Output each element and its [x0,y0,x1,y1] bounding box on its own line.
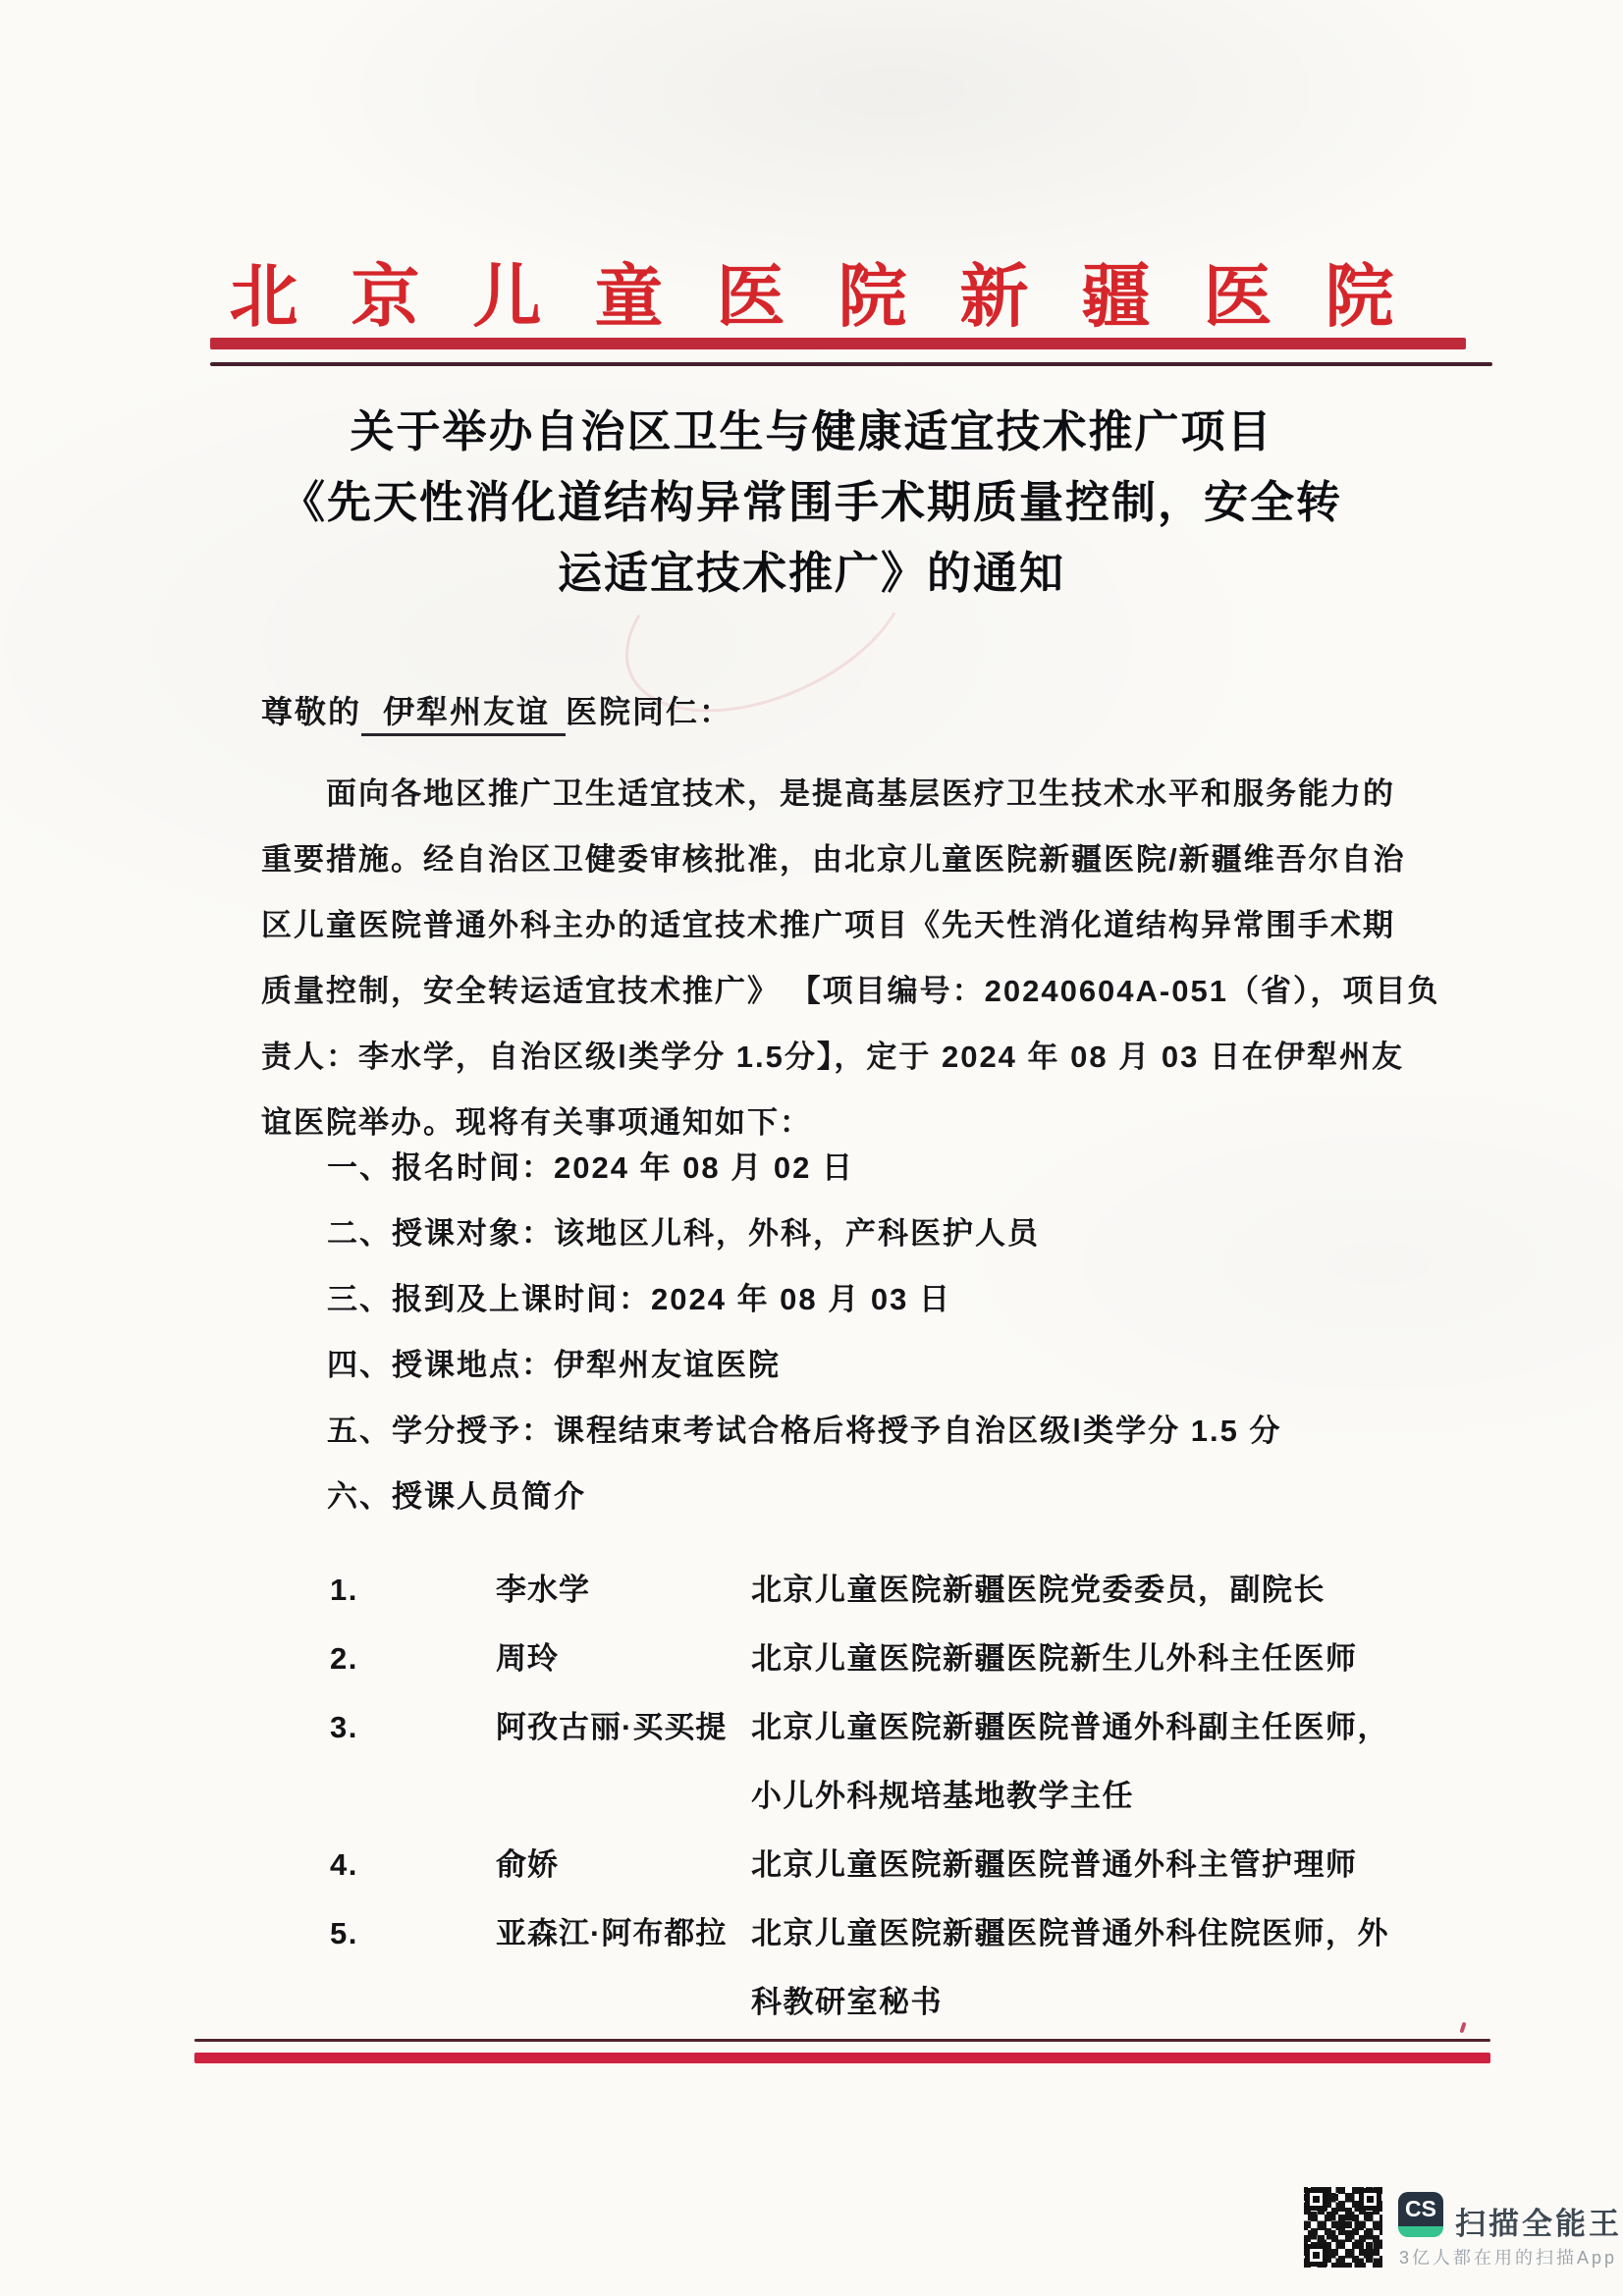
paragraph-line: 面向各地区推广卫生适宜技术，是提高基层医疗卫生技术水平和服务能力的 [261,761,1439,827]
personnel-row: 4. 俞娇 北京儿童医院新疆医院普通外科主管护理师 [330,1831,1430,1899]
notice-item-5: 五、学分授予：课程结束考试合格后将授予自治区级Ⅰ类学分 1.5 分 [327,1398,1486,1464]
personnel-number: 4. [330,1831,358,1899]
personnel-number: 2. [330,1625,358,1693]
notice-item-1: 一、报名时间：2024 年 08 月 02 日 [327,1135,1486,1201]
letterhead-rule-thick [210,338,1466,349]
notice-item-2: 二、授课对象：该地区儿科，外科，产科医护人员 [327,1201,1486,1266]
hospital-letterhead-title: 北京儿童医院新疆医院 [0,241,1623,341]
paragraph-line: 责人：李水学，自治区级Ⅰ类学分 1.5分】，定于 2024 年 08 月 03 … [261,1024,1439,1090]
personnel-description-line: 北京儿童医院新疆医院普通外科住院医师，外 [751,1899,1430,1968]
personnel-number: 1. [330,1556,358,1625]
personnel-row: 3. 阿孜古丽·买买提 北京儿童医院新疆医院普通外科副主任医师， 小儿外科规培基… [330,1693,1430,1831]
camscanner-logo-icon: CS [1398,2192,1443,2237]
paragraph-line: 区儿童医院普通外科主办的适宜技术推广项目《先天性消化道结构异常围手术期 [261,892,1439,958]
personnel-name: 亚森江·阿布都拉 [496,1899,727,1968]
personnel-description: 北京儿童医院新疆医院新生儿外科主任医师 [751,1625,1430,1693]
personnel-description: 北京儿童医院新疆医院普通外科主管护理师 [751,1831,1430,1899]
notice-item-list: 一、报名时间：2024 年 08 月 02 日 二、授课对象：该地区儿科，外科，… [327,1135,1486,1529]
personnel-description-line: 小儿外科规培基地教学主任 [751,1762,1430,1831]
footer-rule-thin [194,2039,1490,2042]
personnel-table: 1. 李水学 北京儿童医院新疆医院党委委员，副院长 2. 周玲 北京儿童医院新疆… [330,1556,1430,2037]
letterhead-rule-thin [210,362,1492,366]
personnel-name: 李水学 [496,1556,590,1625]
personnel-number: 5. [330,1899,358,1968]
personnel-description-line: 北京儿童医院新疆医院新生儿外科主任医师 [751,1625,1430,1693]
personnel-row: 5. 亚森江·阿布都拉 北京儿童医院新疆医院普通外科住院医师，外 科教研室秘书 [330,1899,1430,2037]
personnel-name: 阿孜古丽·买买提 [496,1693,727,1762]
qr-finder-icon [1305,2244,1327,2267]
personnel-description-line: 科教研室秘书 [751,1968,1430,2037]
personnel-description-line: 北京儿童医院新疆医院党委委员，副院长 [751,1556,1430,1625]
personnel-row: 1. 李水学 北京儿童医院新疆医院党委委员，副院长 [330,1556,1430,1625]
document-title-line-1: 关于举办自治区卫生与健康适宜技术推广项目 [0,397,1623,467]
paragraph-line: 重要措施。经自治区卫健委审核批准，由北京儿童医院新疆医院/新疆维吾尔自治 [261,827,1439,892]
notice-item-6: 六、授课人员简介 [327,1464,1486,1529]
salutation-suffix: 医院同仁： [566,694,732,729]
personnel-row: 2. 周玲 北京儿童医院新疆医院新生儿外科主任医师 [330,1625,1430,1693]
notice-item-4: 四、授课地点：伊犁州友谊医院 [327,1332,1486,1398]
footer-rule-thick [194,2053,1490,2063]
personnel-description-line: 北京儿童医院新疆医院普通外科副主任医师， [751,1693,1430,1762]
personnel-name: 俞娇 [496,1831,559,1899]
personnel-description-line: 北京儿童医院新疆医院普通外科主管护理师 [751,1831,1430,1899]
paragraph-line: 质量控制，安全转运适宜技术推广》 【项目编号：20240604A-051（省），… [261,958,1439,1024]
personnel-description: 北京儿童医院新疆医院普通外科副主任医师， 小儿外科规培基地教学主任 [751,1693,1430,1831]
salutation-prefix: 尊敬的 [261,694,361,729]
recipient-name-underlined: 伊犁州友谊 [361,694,566,736]
personnel-description: 北京儿童医院新疆医院党委委员，副院长 [751,1556,1430,1625]
salutation: 尊敬的伊犁州友谊医院同仁： [261,687,732,736]
qr-finder-icon [1359,2188,1381,2211]
notice-item-3: 三、报到及上课时间：2024 年 08 月 03 日 [327,1266,1486,1332]
camscanner-tagline: 3亿人都在用的扫描App [1399,2244,1617,2269]
body-paragraph: 面向各地区推广卫生适宜技术，是提高基层医疗卫生技术水平和服务能力的 重要措施。经… [261,761,1439,1155]
personnel-number: 3. [330,1693,358,1762]
scanned-document-page: 北京儿童医院新疆医院 关于举办自治区卫生与健康适宜技术推广项目 《先天性消化道结… [0,0,1623,2296]
stray-red-mark [1459,2022,1466,2034]
camscanner-app-name: 扫描全能王 [1455,2199,1622,2243]
personnel-name: 周玲 [496,1625,559,1693]
qr-code [1304,2187,1382,2268]
personnel-description: 北京儿童医院新疆医院普通外科住院医师，外 科教研室秘书 [751,1899,1430,2037]
qr-finder-icon [1305,2188,1327,2211]
